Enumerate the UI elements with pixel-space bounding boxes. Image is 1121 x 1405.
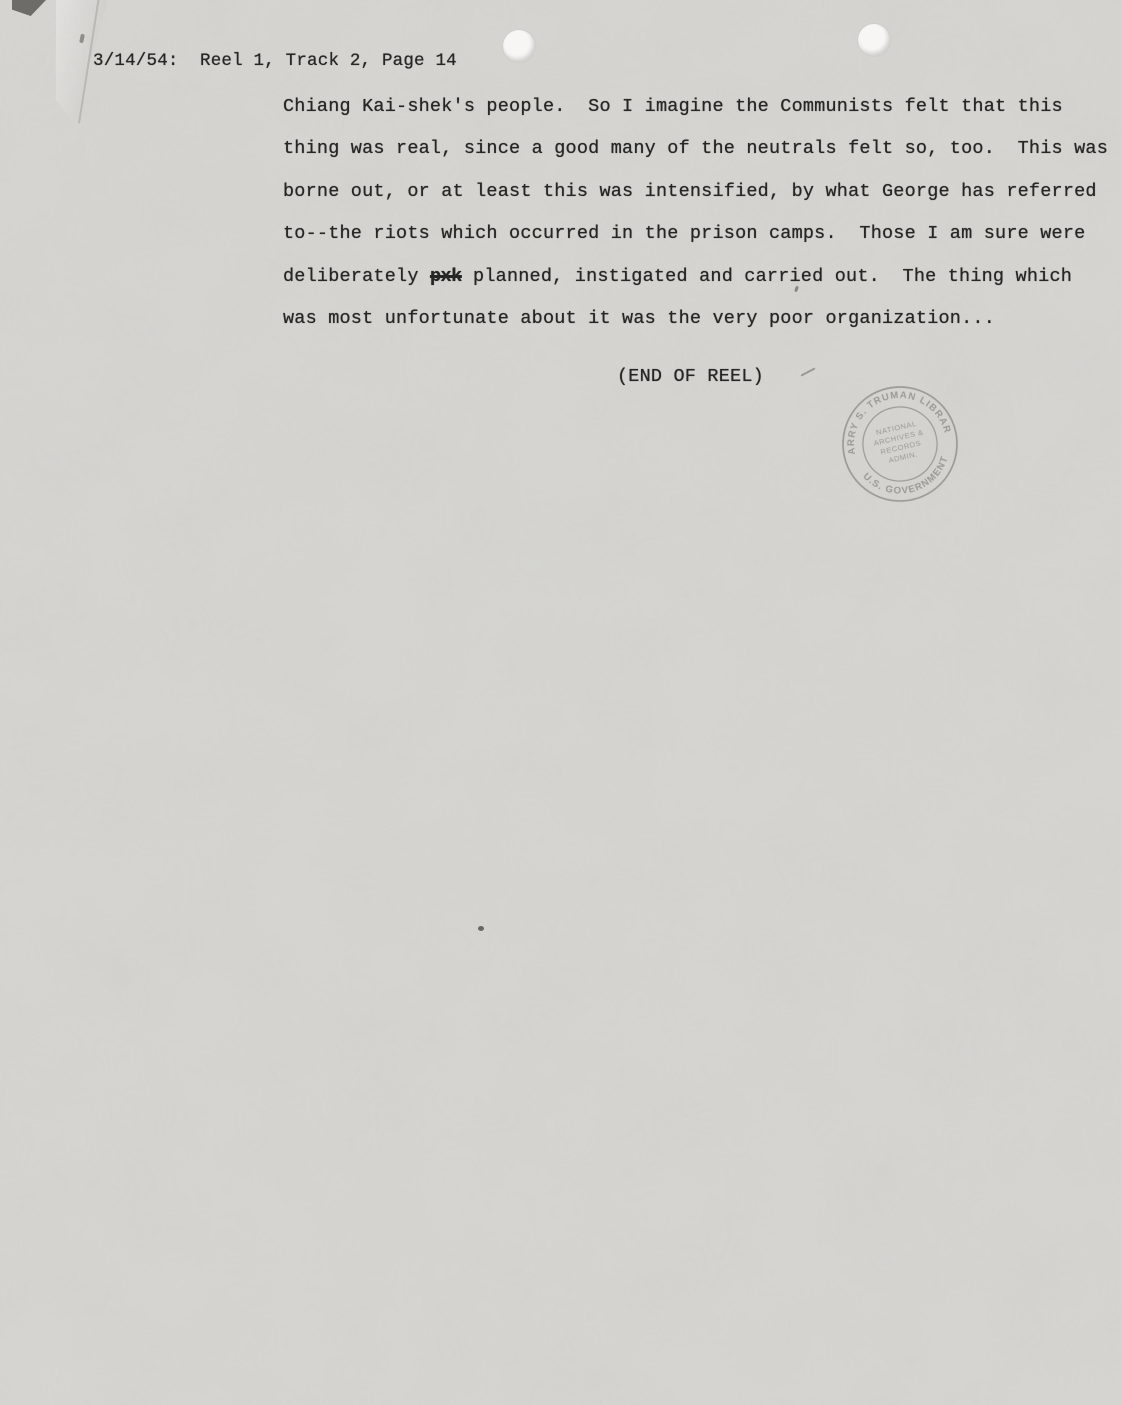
line5-suffix: planned, instigated and carried out. The… [462,266,1072,287]
truman-library-stamp: HARRY S. TRUMAN LIBRARY U.S. GOVERNMENT … [816,360,984,528]
end-of-reel-note: (END OF REEL) [617,366,764,387]
transcript-line: borne out, or at least this was intensif… [283,171,1083,213]
punch-hole-right [858,24,890,56]
transcript-paragraph: Chiang Kai-shek's people. So I imagine t… [283,86,1083,340]
transcript-line: was most unfortunate about it was the ve… [283,298,1083,340]
transcript-line: to--the riots which occurred in the pris… [283,213,1083,255]
scan-edge-mark [12,0,46,16]
transcript-line: thing was real, since a good many of the… [283,128,1083,170]
line5-prefix: deliberately [283,266,430,287]
document-page: 3/14/54: Reel 1, Track 2, Page 14 Chiang… [0,0,1121,1405]
transcript-line: Chiang Kai-shek's people. So I imagine t… [283,86,1083,128]
struck-out-word: pxk [430,266,462,287]
transcript-line: deliberately pxk planned, instigated and… [283,256,1083,298]
page-header: 3/14/54: Reel 1, Track 2, Page 14 [93,49,457,73]
punch-hole-left [503,30,535,62]
paper-speck [478,926,484,931]
stray-pen-mark [800,367,815,376]
